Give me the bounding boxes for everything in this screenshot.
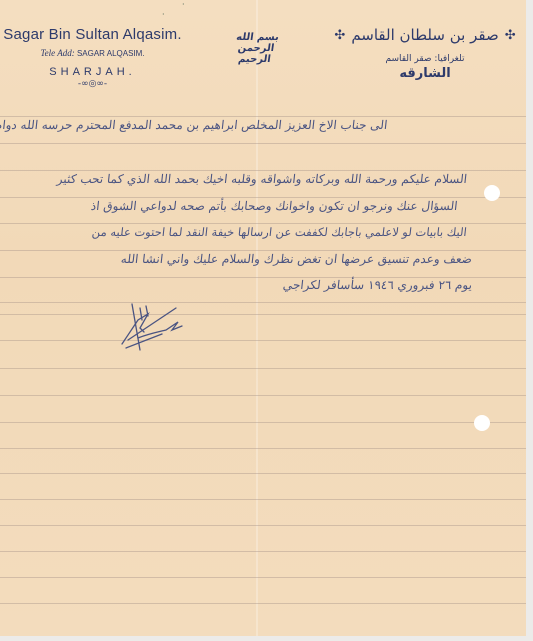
- ruled-line: [0, 525, 526, 526]
- telegraphic-address-arabic: تلغرافيا: صقر القاسم: [325, 54, 525, 64]
- city-arabic: الشارقه: [325, 66, 525, 81]
- sender-name-arabic-row: ✣ صقر بن سلطان القاسم ✣: [325, 26, 525, 44]
- sender-name-arabic: صقر بن سلطان القاسم: [351, 26, 498, 44]
- ruled-line: [0, 223, 526, 224]
- salutation-line: الى جناب الاخ العزيز المخلص ابراهيم بن م…: [0, 118, 387, 132]
- ornament-icon: -∞◎∞-: [0, 79, 185, 89]
- ruled-line: [0, 116, 526, 117]
- ruled-line: [0, 250, 526, 251]
- ruled-line: [0, 314, 526, 315]
- ruled-line: [0, 143, 526, 144]
- letter-line-3: اليك بابيات لو لاعلمي باجابك لكففت عن ار…: [90, 225, 467, 239]
- ruled-line: [0, 395, 526, 396]
- letterhead-arabic: ✣ صقر بن سلطان القاسم ✣ تلغرافيا: صقر ال…: [325, 26, 525, 81]
- ink-speck: ·: [182, 0, 185, 9]
- ruled-line: [0, 368, 526, 369]
- sender-name-english: Sagar Bin Sultan Alqasim.: [0, 26, 185, 43]
- telegraphic-address: Tele Add: SAGAR ALQASIM.: [0, 48, 185, 58]
- paper-fold: [256, 0, 258, 636]
- ruled-line: [0, 302, 526, 303]
- ruled-line: [0, 422, 526, 423]
- ruled-line: [0, 197, 526, 198]
- letter-line-2: السؤال عنك ونرجو ان تكون واخوانك وصحابك …: [89, 199, 457, 213]
- basmala-calligraphy: بسم الله الرحمن الرحيم: [218, 32, 295, 65]
- tele-value: SAGAR ALQASIM.: [77, 49, 145, 58]
- ornament-star-icon: ✣: [505, 28, 516, 43]
- ruled-line: [0, 340, 526, 341]
- signature: [118, 300, 190, 356]
- ruled-line: [0, 448, 526, 449]
- ornament-star-icon: ✣: [334, 28, 345, 43]
- punch-hole: [474, 415, 490, 431]
- letter-paper: · · Sagar Bin Sultan Alqasim. Tele Add: …: [0, 0, 526, 636]
- ruled-line: [0, 499, 526, 500]
- punch-hole: [484, 185, 500, 201]
- ink-speck: ·: [162, 10, 165, 19]
- letterhead-english: Sagar Bin Sultan Alqasim. Tele Add: SAGA…: [0, 26, 185, 89]
- letter-line-4: ضعف وعدم تنسيق عرضها ان تغض نظرك والسلام…: [119, 252, 472, 266]
- ruled-line: [0, 603, 526, 604]
- city-english: SHARJAH.: [0, 66, 185, 78]
- letter-line-1: السلام عليكم ورحمة الله وبركاته واشواقه …: [55, 172, 467, 186]
- letter-line-5: يوم ٢٦ فبروري ١٩٤٦ سأسافر لكراجي: [281, 278, 472, 292]
- tele-label: Tele Add:: [40, 48, 74, 58]
- ruled-line: [0, 577, 526, 578]
- ruled-line: [0, 170, 526, 171]
- ruled-line: [0, 473, 526, 474]
- ruled-line: [0, 551, 526, 552]
